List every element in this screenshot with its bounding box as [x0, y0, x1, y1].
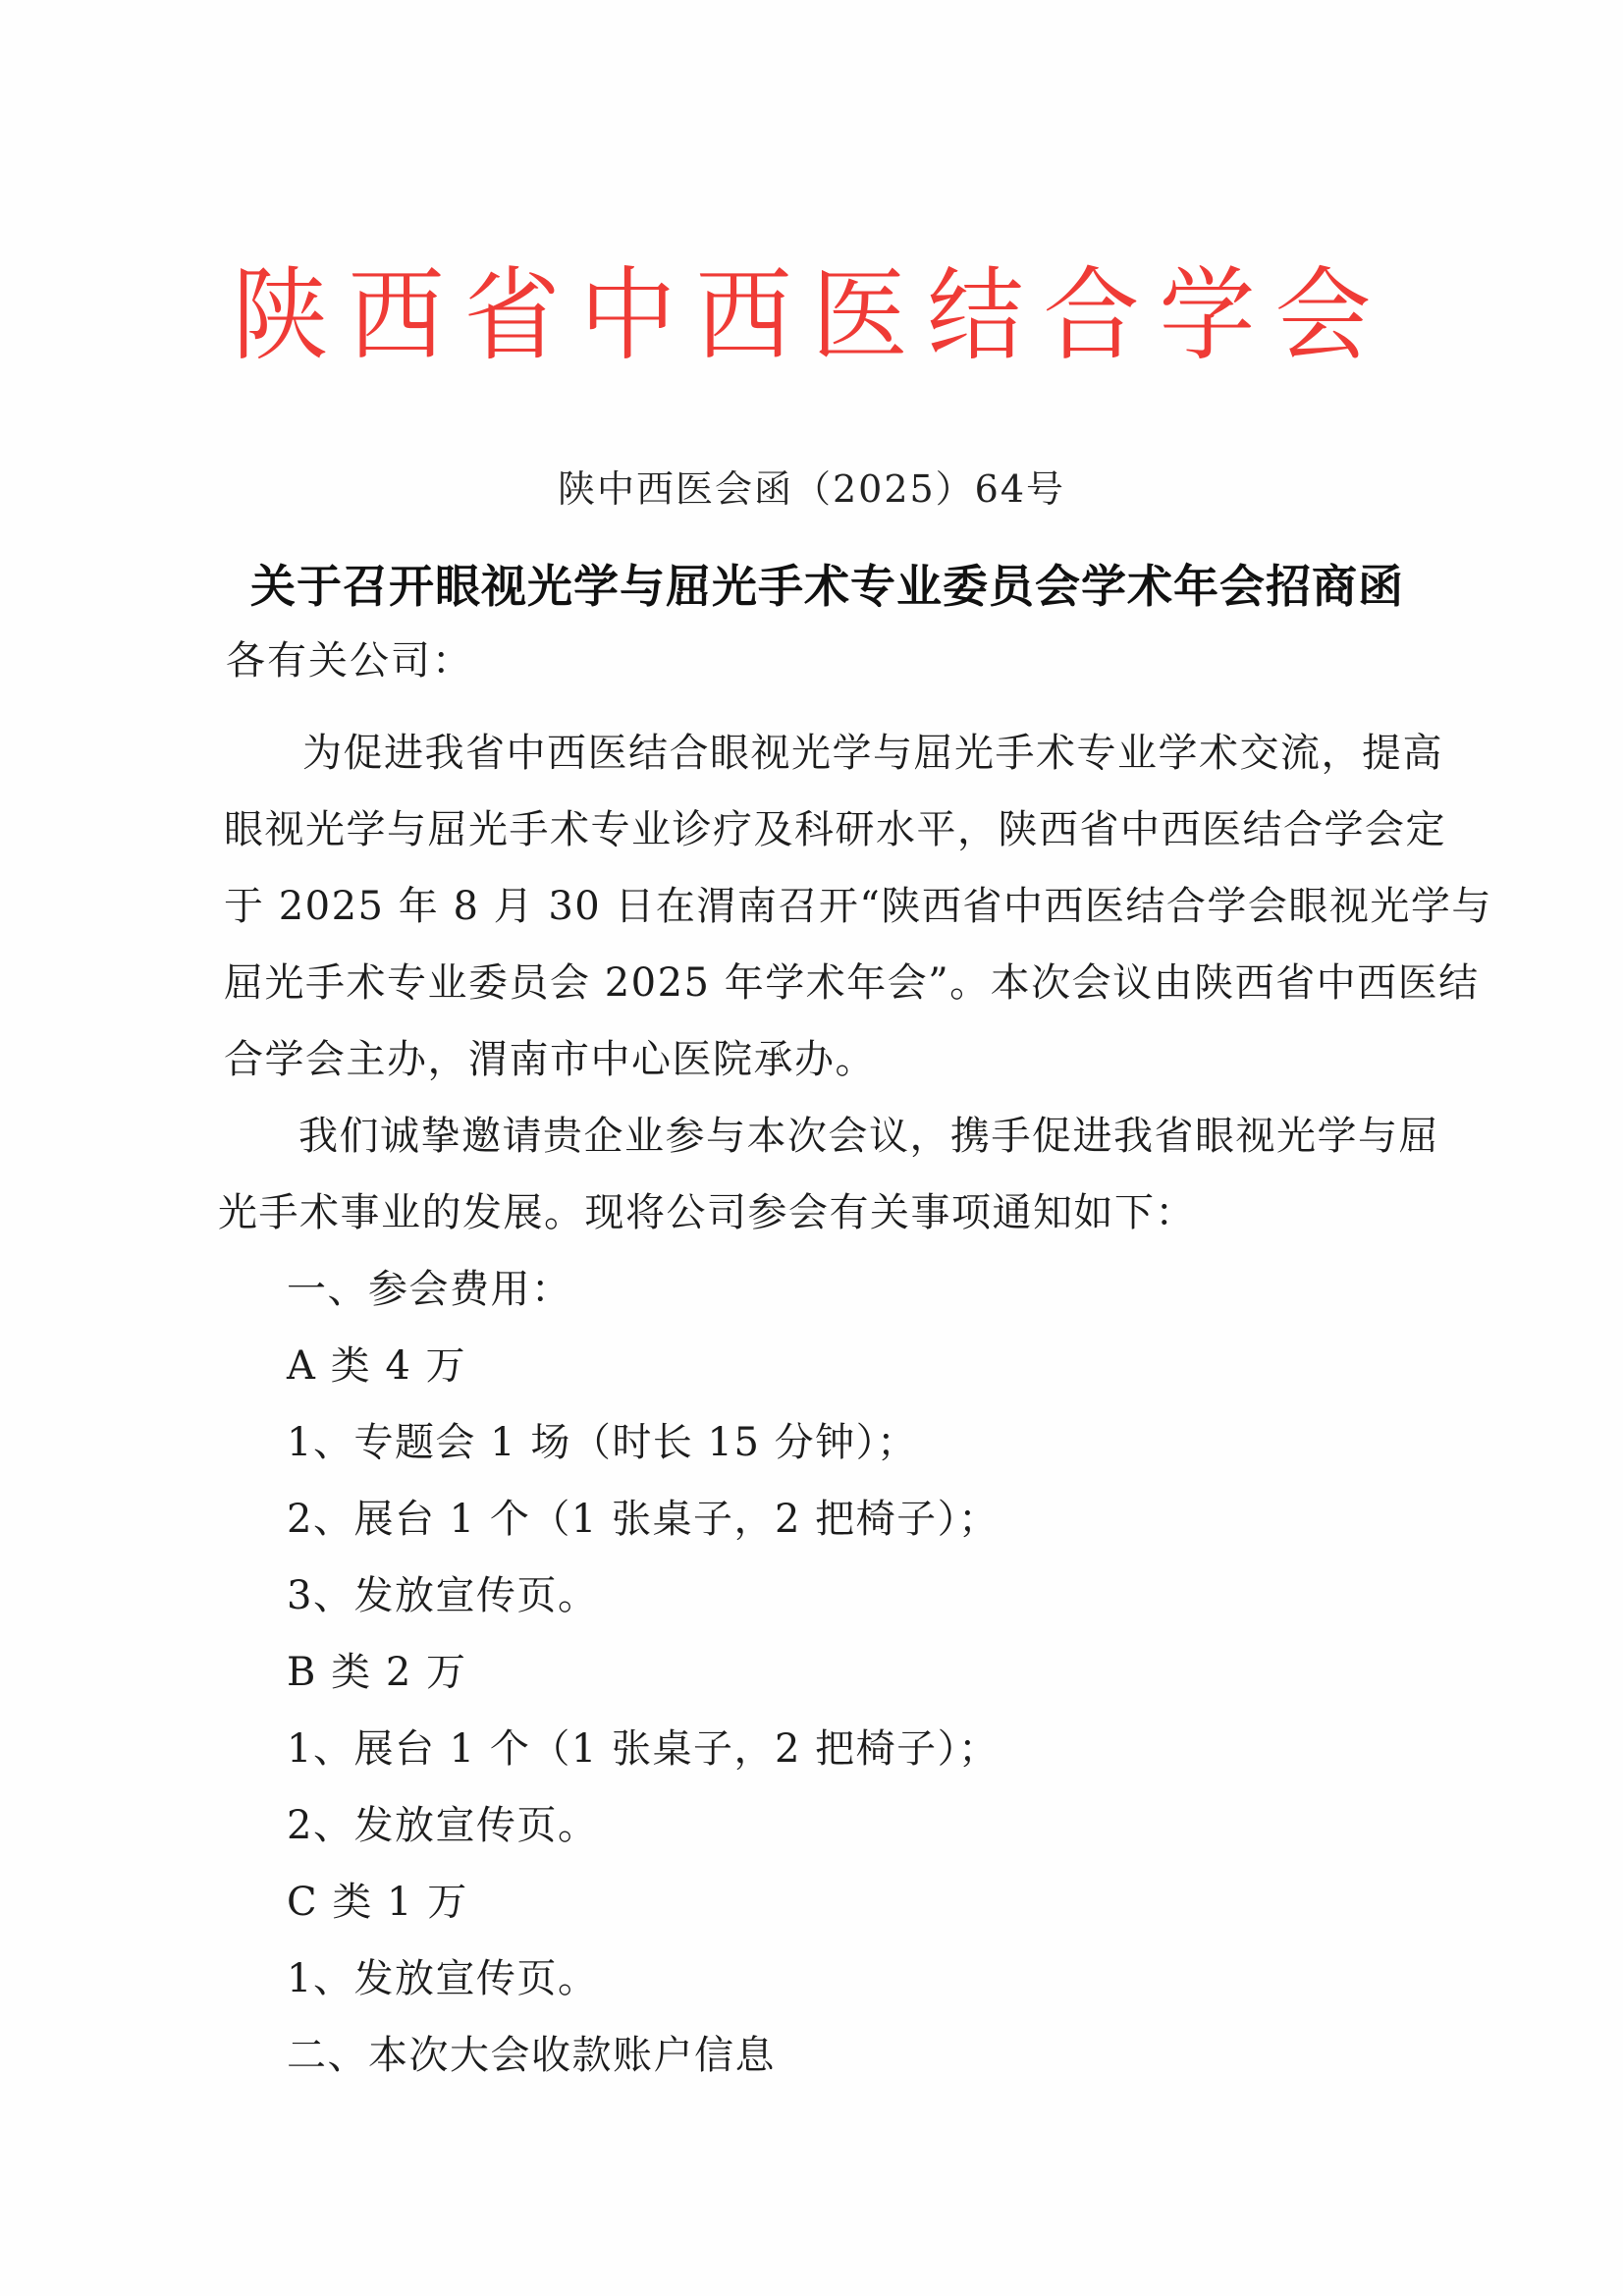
tier-a-item: 1、专题会 1 场（时长 15 分钟）； [224, 1404, 1382, 1481]
paragraph-line: 合学会主办，渭南市中心医院承办。 [224, 1021, 1382, 1098]
section-title: 二、本次大会收款账户信息 [224, 2017, 1382, 2094]
section-payment-account: 二、本次大会收款账户信息 [224, 2017, 1382, 2094]
paragraph-line: 光手术事业的发展。现将公司参会有关事项通知如下： [218, 1175, 1382, 1251]
section-fees: 一、参会费用： A 类 4 万 1、专题会 1 场（时长 15 分钟）； 2、展… [224, 1251, 1382, 2017]
paragraph-line: 眼视光学与屈光手术专业诊疗及科研水平，陕西省中西医结合学会定 [224, 792, 1382, 868]
paragraph-invitation: 我们诚挚邀请贵企业参与本次会议，携手促进我省眼视光学与屈 光手术事业的发展。现将… [224, 1098, 1382, 1251]
tier-b-item: 1、展台 1 个（1 张桌子，2 把椅子）； [224, 1711, 1382, 1787]
tier-b-label: B 类 2 万 [224, 1634, 1382, 1711]
tier-a-label: A 类 4 万 [224, 1328, 1382, 1404]
document-body: 为促进我省中西医结合眼视光学与屈光手术专业学术交流，提高 眼视光学与屈光手术专业… [224, 715, 1382, 2094]
paragraph-line: 为促进我省中西医结合眼视光学与屈光手术专业学术交流，提高 [224, 715, 1382, 792]
tier-c-label: C 类 1 万 [224, 1864, 1382, 1941]
organization-letterhead: 陕西省中西医结合学会 [0, 254, 1623, 378]
paragraph-line: 于 2025 年 8 月 30 日在渭南召开“陕西省中西医结合学会眼视光学与 [224, 868, 1382, 945]
tier-c-item: 1、发放宣传页。 [224, 1941, 1382, 2017]
document-title: 关于召开眼视光学与屈光手术专业委员会学术年会招商函 [250, 557, 1370, 616]
document-page: 陕西省中西医结合学会 陕中西医会函（2025）64号 关于召开眼视光学与屈光手术… [0, 0, 1623, 2296]
section-title: 一、参会费用： [224, 1251, 1382, 1328]
tier-a-item: 2、展台 1 个（1 张桌子，2 把椅子）； [224, 1481, 1382, 1558]
tier-a-item: 3、发放宣传页。 [224, 1558, 1382, 1634]
paragraph-line: 我们诚挚邀请贵企业参与本次会议，携手促进我省眼视光学与屈 [224, 1098, 1382, 1175]
paragraph-line: 屈光手术专业委员会 2025 年学术年会”。本次会议由陕西省中西医结 [224, 945, 1382, 1021]
paragraph-intro: 为促进我省中西医结合眼视光学与屈光手术专业学术交流，提高 眼视光学与屈光手术专业… [224, 715, 1382, 1098]
salutation: 各有关公司： [226, 633, 473, 688]
document-number: 陕中西医会函（2025）64号 [0, 462, 1623, 517]
tier-b-item: 2、发放宣传页。 [224, 1787, 1382, 1864]
